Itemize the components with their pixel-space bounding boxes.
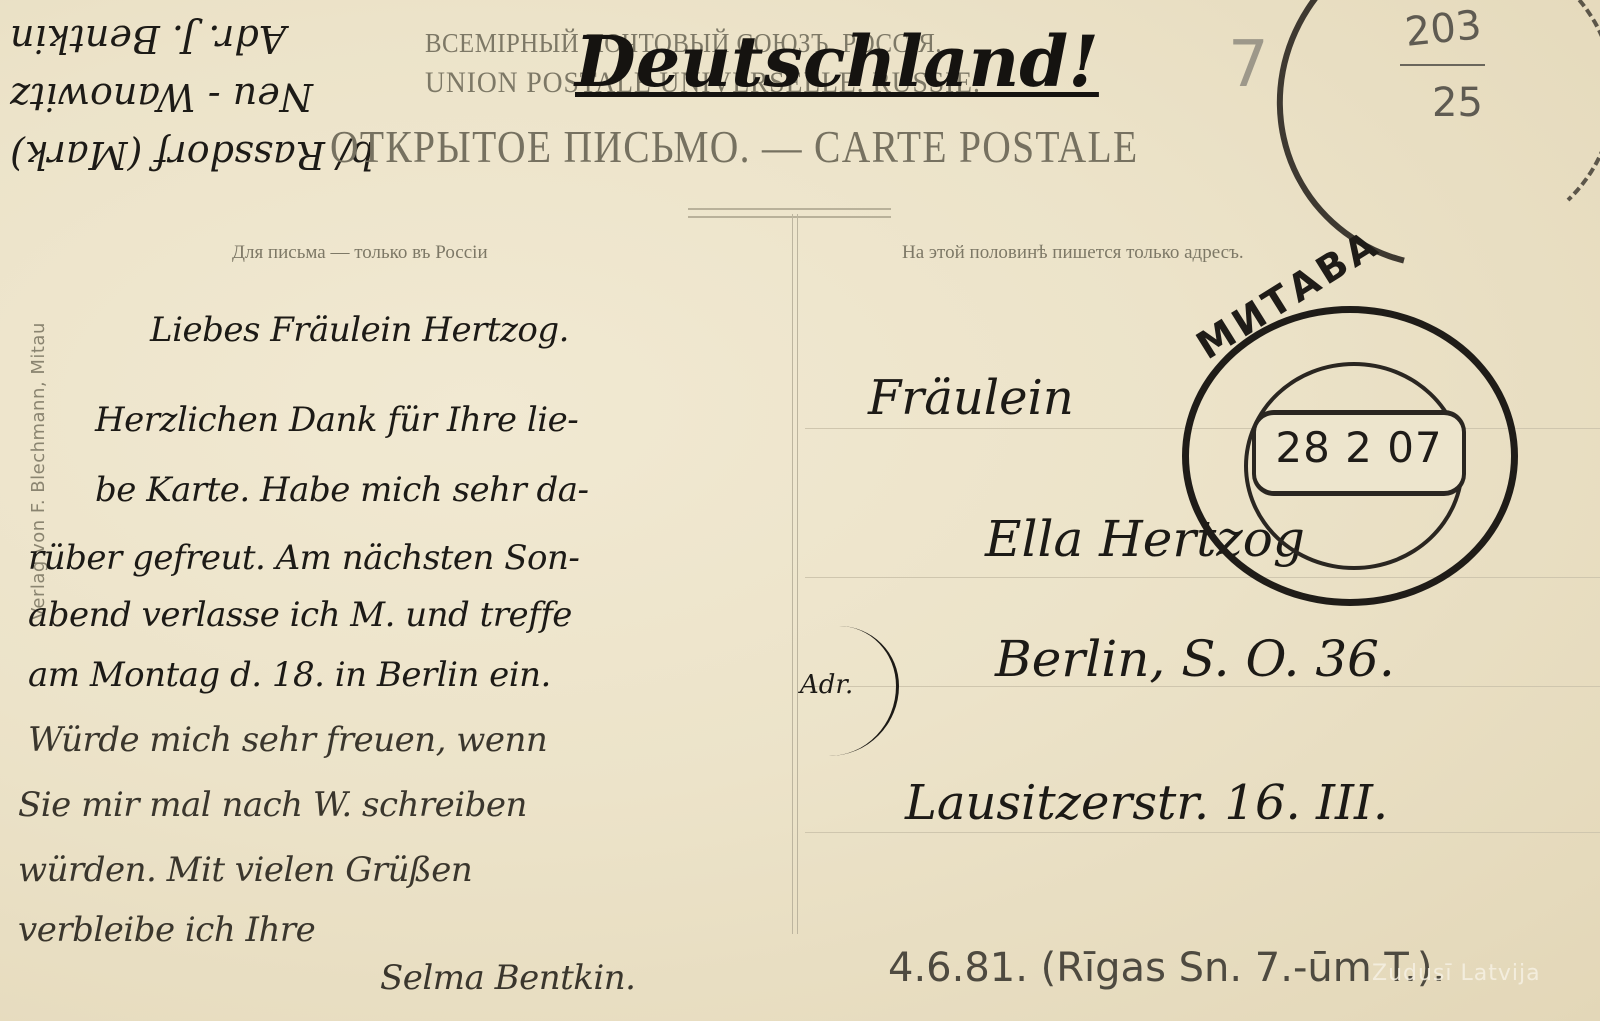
- postmark-date-band: 28 2 07: [1252, 410, 1466, 496]
- upside-note-line: b/ Rassdorf (Mark): [10, 126, 380, 184]
- destination-country: Deutschland!: [575, 20, 1099, 103]
- letter-line: abend verlasse ich M. und treffe: [28, 595, 572, 635]
- letter-line: Herzlichen Dank für Ihre lie-: [95, 400, 578, 440]
- divider-vertical: [792, 214, 798, 934]
- instruction-correspondence: Для письма — только въ Россiи: [232, 242, 488, 264]
- letter-line: Sie mir mal nach W. schreiben: [18, 785, 527, 825]
- postcard: b/ Rassdorf (Mark) Neu - Wanowitz Adr. J…: [0, 0, 1600, 1021]
- instruction-address: На этой половинѣ пишется только адресъ.: [902, 242, 1244, 264]
- letter-line: be Karte. Habe mich sehr da-: [95, 470, 589, 510]
- letter-line: rüber gefreut. Am nächsten Son-: [28, 538, 579, 578]
- upside-down-sender-note: b/ Rassdorf (Mark) Neu - Wanowitz Adr. J…: [10, 10, 380, 184]
- upside-note-line: Neu - Wanowitz: [10, 68, 380, 126]
- watermark: Zudusī Latvija: [1372, 961, 1541, 986]
- divider-horizontal: [688, 208, 891, 218]
- letter-signature: Selma Bentkin.: [380, 958, 635, 998]
- address-street: Lausitzerstr. 16. III.: [905, 775, 1388, 831]
- address-salutation: Fräulein: [868, 370, 1074, 426]
- letter-line: verbleibe ich Ihre: [18, 910, 315, 950]
- letter-line: Liebes Fräulein Hertzog.: [150, 310, 569, 350]
- margin-note: Adr.: [800, 670, 853, 700]
- upside-note-line: Adr. J. Bentkin: [10, 10, 380, 68]
- letter-line: Würde mich sehr freuen, wenn: [28, 720, 547, 760]
- letter-line: am Montag d. 18. in Berlin ein.: [28, 655, 551, 695]
- pencil-mark-seven: 7: [1228, 28, 1269, 102]
- printed-title: ОТКРЫТОЕ ПИСЬМО. — CARTE POSTALE: [330, 120, 1138, 173]
- archive-pencil-note: 4.6.81. (Rīgas Sn. 7.-ūm T.).: [888, 945, 1445, 991]
- postmark-date: 28 2 07: [1256, 423, 1462, 472]
- letter-line: würden. Mit vielen Grüßen: [18, 850, 472, 890]
- postmark-stamp: МИТАВА 28 2 07: [1182, 306, 1518, 606]
- address-rule: [805, 832, 1600, 833]
- address-city: Berlin, S. O. 36.: [995, 630, 1395, 688]
